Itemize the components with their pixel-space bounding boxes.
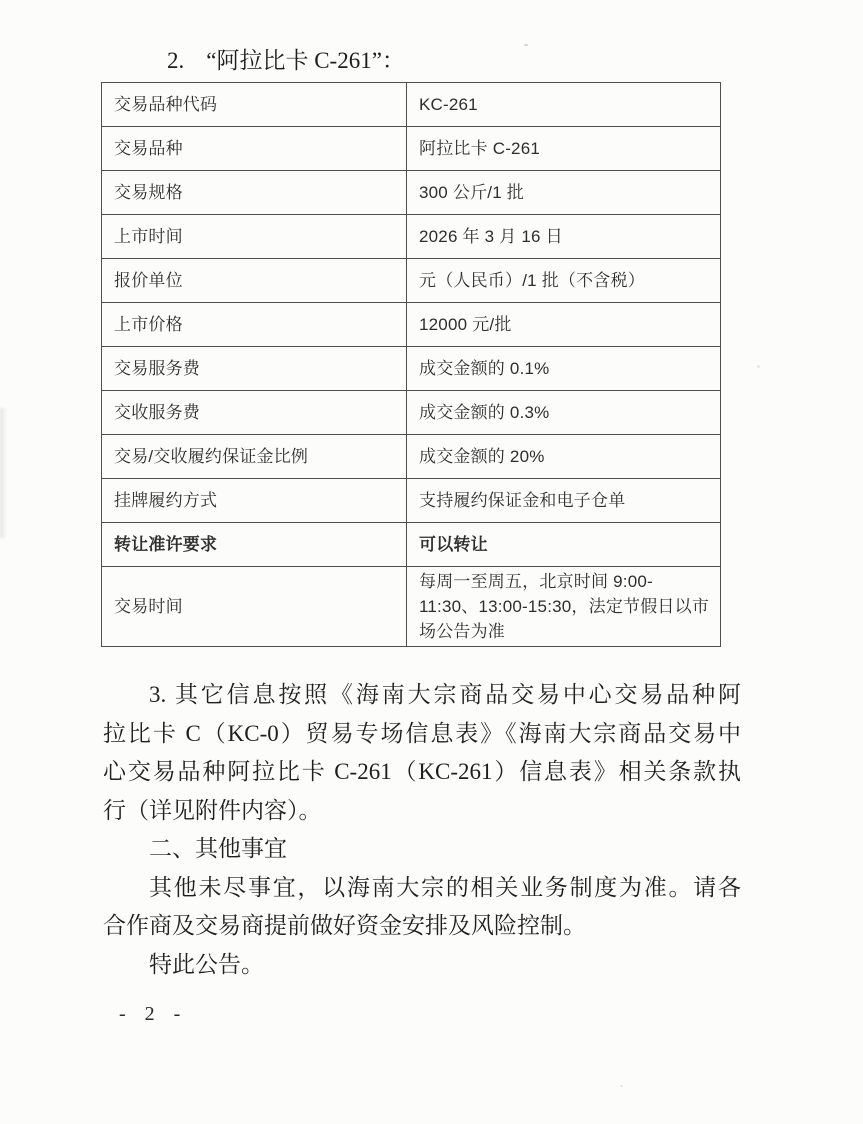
section-number: 2. <box>167 48 184 73</box>
document-page: 2.“阿拉比卡 C-261”： 交易品种代码 KC-261 交易品种 阿拉比卡 … <box>0 0 863 1124</box>
row-label: 交易/交收履约保证金比例 <box>102 435 407 479</box>
paragraph-line: 拉比卡 C（KC-0）贸易专场信息表》《海南大宗商品交易中 <box>103 715 741 754</box>
table-row: 交易服务费 成交金额的 0.1% <box>102 347 721 391</box>
section-title: “阿拉比卡 C-261”： <box>206 48 405 73</box>
paragraph-line: 心交易品种阿拉比卡 C-261（KC-261）信息表》相关条款执 <box>103 753 741 792</box>
table-row: 交易规格 300 公斤/1 批 <box>102 171 721 215</box>
row-value: 每周一至周五，北京时间 9:00-11:30、13:00-15:30，法定节假日… <box>407 567 721 647</box>
scan-speck <box>620 1085 623 1087</box>
row-label: 交易服务费 <box>102 347 407 391</box>
paragraph-line: 行（详见附件内容）。 <box>103 792 741 831</box>
row-label: 交收服务费 <box>102 391 407 435</box>
table-row-transfer-permission: 转让准许要求 可以转让 <box>102 523 721 567</box>
row-value: 成交金额的 0.3% <box>407 391 721 435</box>
table-row: 交收服务费 成交金额的 0.3% <box>102 391 721 435</box>
row-label: 转让准许要求 <box>102 523 407 567</box>
body-paragraphs: 3. 其它信息按照《海南大宗商品交易中心交易品种阿 拉比卡 C（KC-0）贸易专… <box>103 676 741 984</box>
row-label: 报价单位 <box>102 259 407 303</box>
row-value: 12000 元/批 <box>407 303 721 347</box>
page-number: - 2 - <box>119 1003 187 1026</box>
table-row: 挂牌履约方式 支持履约保证金和电子仓单 <box>102 479 721 523</box>
scan-speck <box>757 365 760 368</box>
paragraph-line: 二、其他事宜 <box>103 830 741 869</box>
row-label: 交易品种 <box>102 127 407 171</box>
table-row: 交易品种 阿拉比卡 C-261 <box>102 127 721 171</box>
scan-speck <box>524 44 528 46</box>
row-value: KC-261 <box>407 83 721 127</box>
paragraph-line: 合作商及交易商提前做好资金安排及风险控制。 <box>103 907 741 946</box>
row-value: 成交金额的 20% <box>407 435 721 479</box>
paragraph-line: 特此公告。 <box>103 946 741 985</box>
table-row: 报价单位 元（人民币）/1 批（不含税） <box>102 259 721 303</box>
row-value: 阿拉比卡 C-261 <box>407 127 721 171</box>
row-value: 元（人民币）/1 批（不含税） <box>407 259 721 303</box>
row-value: 2026 年 3 月 16 日 <box>407 215 721 259</box>
row-label: 交易品种代码 <box>102 83 407 127</box>
row-label: 交易规格 <box>102 171 407 215</box>
row-value: 可以转让 <box>407 523 721 567</box>
table-row: 上市价格 12000 元/批 <box>102 303 721 347</box>
row-value: 300 公斤/1 批 <box>407 171 721 215</box>
section-heading: 2.“阿拉比卡 C-261”： <box>167 46 405 76</box>
table-row: 上市时间 2026 年 3 月 16 日 <box>102 215 721 259</box>
table-row: 交易/交收履约保证金比例 成交金额的 20% <box>102 435 721 479</box>
row-label: 交易时间 <box>102 567 407 647</box>
paragraph-line: 其他未尽事宜，以海南大宗的相关业务制度为准。请各 <box>103 869 741 908</box>
row-label: 上市价格 <box>102 303 407 347</box>
table-row: 交易时间 每周一至周五，北京时间 9:00-11:30、13:00-15:30，… <box>102 567 721 647</box>
product-info-table: 交易品种代码 KC-261 交易品种 阿拉比卡 C-261 交易规格 300 公… <box>101 82 721 647</box>
paragraph-line: 3. 其它信息按照《海南大宗商品交易中心交易品种阿 <box>103 676 741 715</box>
row-value: 成交金额的 0.1% <box>407 347 721 391</box>
scan-edge-smudge <box>0 408 7 538</box>
row-value: 支持履约保证金和电子仓单 <box>407 479 721 523</box>
table-row: 交易品种代码 KC-261 <box>102 83 721 127</box>
row-label: 上市时间 <box>102 215 407 259</box>
row-label: 挂牌履约方式 <box>102 479 407 523</box>
